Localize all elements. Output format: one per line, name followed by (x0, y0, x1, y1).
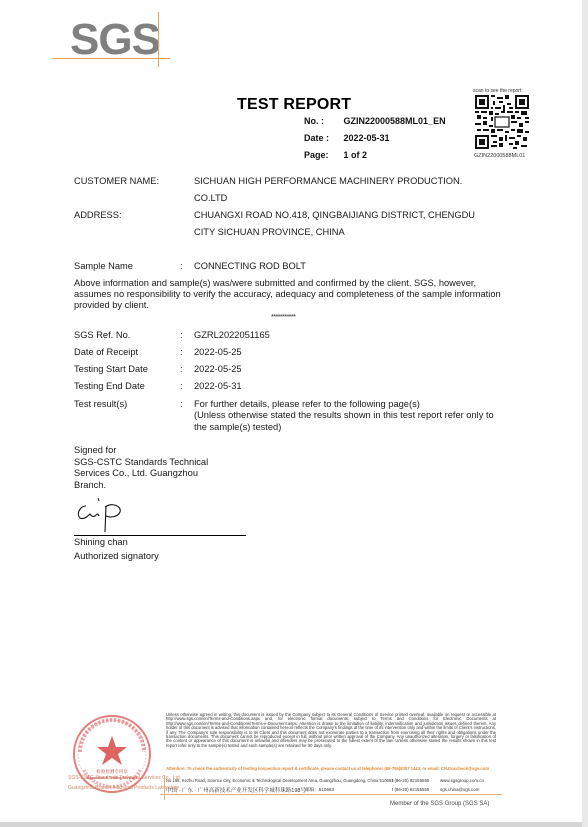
address-label: ADDRESS: (74, 210, 122, 220)
ref-no-label: SGS Ref. No. (74, 330, 130, 340)
sample-name-value: CONNECTING ROD BOLT (194, 261, 306, 271)
signature-line (74, 535, 246, 536)
start-date-colon: : (180, 364, 183, 374)
page-value: 1 of 2 (344, 150, 368, 160)
start-date-label: Testing Start Date (74, 364, 148, 374)
logo-horizontal-rule (52, 58, 170, 59)
report-number: No. : GZIN22000588ML01_EN (304, 116, 446, 126)
sample-name-colon: : (180, 261, 183, 271)
handwritten-signature-icon (74, 494, 134, 534)
address-line1: CHUANGXI ROAD NO.418, QINGBAIJIANG DISTR… (194, 210, 475, 220)
signed-for-block: Signed for SGS-CSTC Standards Technical … (74, 445, 208, 491)
receipt-date-value: 2022-05-25 (194, 347, 242, 357)
signer-name: Shining chan (74, 537, 128, 547)
legal-disclaimer: Unless otherwise agreed in writing, this… (166, 713, 496, 748)
report-date-value: 2022-05-31 (344, 133, 390, 143)
end-date-label: Testing End Date (74, 381, 145, 391)
customer-name-label: CUSTOMER NAME: (74, 176, 159, 186)
report-date: Date : 2022-05-31 (304, 133, 390, 143)
sample-notice: Above information and sample(s) was/were… (74, 278, 514, 311)
signer-role: Authorized signatory (74, 551, 159, 561)
page-bottom-edge (0, 822, 588, 827)
report-page-number: Page: 1 of 2 (304, 150, 367, 160)
test-result-value: For further details, please refer to the… (194, 399, 420, 409)
report-date-label: Date : (304, 133, 341, 143)
test-result-note-line1: (Unless otherwise stated the results sho… (194, 410, 494, 420)
group-membership: Member of the SGS Group (SGS SA) (390, 801, 489, 807)
footer-vertical-rule (164, 776, 165, 800)
company-address-cn: 中国 · 广东 · 广州高新技术产业开发区科学城科珠路198号 (166, 786, 306, 794)
end-date-colon: : (180, 381, 183, 391)
test-result-note-line2: the sample(s) tested) (194, 422, 281, 432)
report-number-value: GZIN22000588ML01_EN (344, 116, 446, 126)
receipt-date-colon: : (180, 347, 183, 357)
receipt-date-label: Date of Receipt (74, 347, 138, 357)
website-link[interactable]: www.sgsgroup.com.cn (440, 778, 484, 783)
separator: *********** (271, 314, 295, 321)
logo-vertical-rule (158, 12, 159, 67)
sgs-logo: SGS (52, 12, 167, 67)
ref-no-value: GZRL2022051165 (194, 330, 270, 340)
customer-name-line1: SICHUAN HIGH PERFORMANCE MACHINERY PRODU… (194, 176, 462, 186)
signed-for-line2: SGS-CSTC Standards Technical (74, 457, 208, 469)
svg-text:检验检测专用章: 检验检测专用章 (96, 768, 128, 775)
qr-report-id: GZIN22000588ML01 (474, 153, 525, 159)
sample-name-label: Sample Name (74, 261, 133, 271)
report-title: TEST REPORT (237, 96, 351, 114)
phone-1: t (86-20) 82155555 (392, 778, 429, 783)
authenticity-notice: Attention: To check the authenticity of … (166, 767, 496, 771)
signed-for-line4: Branch. (74, 480, 208, 492)
vertical-scrollbar[interactable] (582, 0, 588, 827)
address-line2: CITY SICHUAN PROVINCE, CHINA (194, 227, 345, 237)
test-result-colon: : (180, 399, 183, 409)
qr-caption: scan to see the report (473, 88, 521, 94)
customer-name-line2: CO.LTD (194, 193, 227, 203)
report-page: SGS TEST REPORT No. : GZIN22000588ML01_E… (0, 0, 588, 827)
postal-code-cn: 邮编：510663 (305, 787, 334, 793)
company-address-en: No.198, Kezhu Road, Science City, Econom… (166, 778, 394, 783)
signed-for-line1: Signed for (74, 445, 208, 457)
page-label: Page: (304, 150, 341, 160)
email-link[interactable]: sgs.china@sgs.com (440, 787, 479, 792)
test-result-label: Test result(s) (74, 399, 127, 409)
qr-code-icon[interactable] (475, 95, 529, 149)
logo-text: SGS (70, 18, 160, 62)
start-date-value: 2022-05-25 (194, 364, 242, 374)
signed-for-line3: Services Co., Ltd. Guangzhou (74, 468, 208, 480)
footer-rule (160, 794, 502, 795)
report-number-label: No. : (304, 116, 341, 126)
end-date-value: 2022-05-31 (194, 381, 242, 391)
ref-no-colon: : (180, 330, 183, 340)
stamp-caption-line2: Guangzhou Branch Industrial Products Lab… (68, 785, 179, 791)
phone-2: t (86-20) 82155555 (392, 787, 429, 792)
